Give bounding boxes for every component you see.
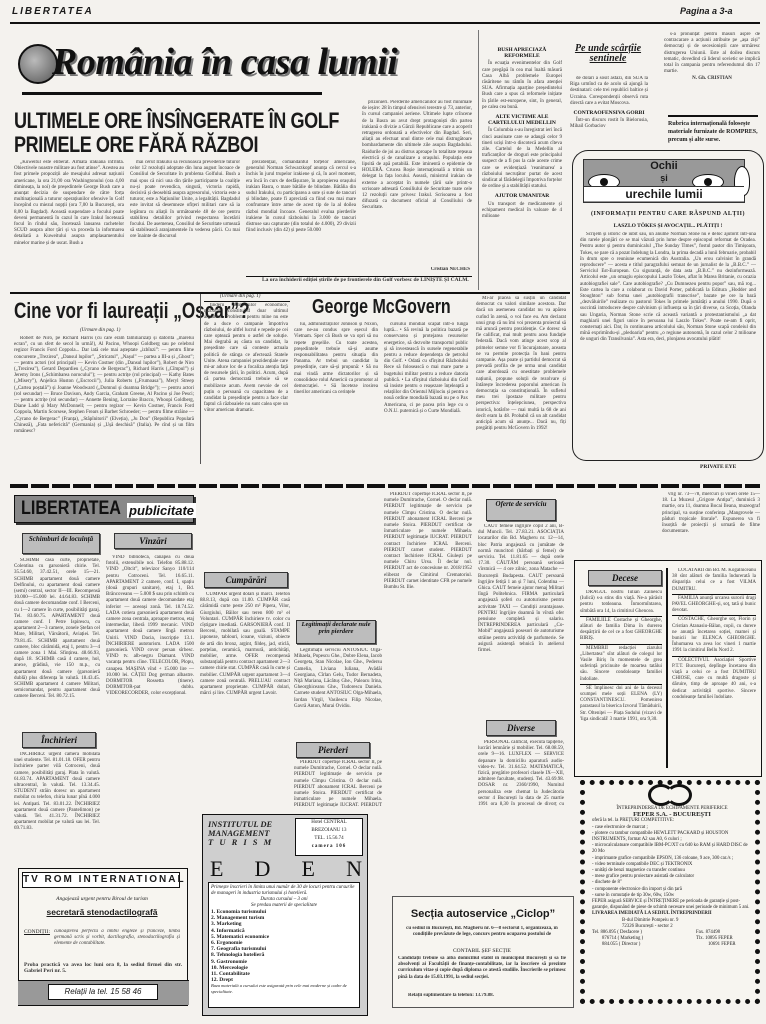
classified-schimburi: SCHIMB casă curte, proprietate, Colentin…: [14, 558, 100, 726]
gorbi-heading: CONTRAOFENSIVA GORBI: [570, 110, 648, 116]
institute-address: Hotel CENTRAL BREZOIANU 13 TEL. 15.56.74…: [295, 818, 363, 856]
eyes-title-1: Ochii: [584, 160, 744, 172]
lead-headline-2: PRIMELE ORE FĂRĂ RĂZBOI: [14, 132, 258, 158]
sentinel-logo: Pe unde scârțîie sentinele: [572, 44, 644, 64]
eyes-title-3: urechile lumii: [584, 186, 744, 201]
eyes-byline: PRIVATE EYE: [700, 464, 736, 470]
notice-text: vrig nr. 73—78, miercuri și vineri orele…: [662, 492, 760, 542]
section-banner-title: România în casa lumii: [52, 40, 397, 84]
page-label: Pagina a 3-a: [680, 6, 733, 16]
ciclop-position: CONTABIL ȘEF SECȚIE: [398, 948, 566, 954]
classified-pierderi-cont: PIERDUT copertișe ICRAL sector II, pe nu…: [384, 492, 472, 808]
rompres-rule: [668, 115, 758, 117]
right-col-b: de dolari a sosit astăzi, din SUA la Rig…: [570, 76, 648, 140]
lead-col-2: mai cerut Irakului să recunoască prevede…: [130, 160, 240, 285]
lead-headline-1: ULTIMELE ORE ÎNSÎNGERATE ÎN GOLF: [14, 108, 339, 134]
mcgovern-col-4: Mi-ar plăcea să susțin un candidat democ…: [476, 296, 566, 462]
eyes-subtitle: (INFORMAȚII PENTRU CARE RĂSPUND ALȚII): [581, 211, 755, 217]
label-oferte: Oferte de serviciu: [486, 499, 556, 521]
oscar-continuation: (Urmare din pag. 1): [80, 328, 120, 333]
publicitate-main: LIBERTATEA: [21, 498, 121, 520]
obit-right: LOCATARII din Bd. M. Kogălniceanu 38 sîn…: [672, 568, 756, 768]
label-inchirieri: Închirieri: [22, 732, 96, 748]
institute-name: INSTITUTUL DE MANAGEMENT T U R I S M: [208, 820, 288, 847]
lead-col-3: prezidențial, comandantul forțelor ameri…: [246, 160, 356, 275]
classified-diverse: PERSONAL calificat, execută tapițerie, l…: [478, 740, 564, 808]
tv-rom-position: secretară stenodactilografă: [22, 907, 182, 917]
classifieds-divider: [10, 484, 760, 488]
masthead-rule: [10, 22, 760, 24]
cont-byline: N. Gh. CRISTIAN: [664, 76, 760, 82]
banner-rule: [22, 92, 322, 95]
ciclop-title: Secția autoservice „Ciclop”: [396, 908, 570, 920]
oscar-body: Robert de Niro, pe Richard Harris (cu ca…: [14, 336, 194, 460]
eden-wordmark: EDEN: [210, 856, 362, 882]
mcgovern-col-2: lui, administrațiilor Johnson și Nixon, …: [294, 322, 378, 462]
publicitate-sub: publicitate: [127, 503, 196, 518]
label-decese: Decese: [588, 570, 662, 586]
bush-heading: BUSH APRECIAZĂ REFORMELE: [482, 47, 562, 59]
mcgovern-cont-rule: [204, 301, 290, 302]
obit-left: DRAGUL nostru Iulian Zainescu (Iulică) s…: [580, 590, 662, 770]
right-col-a: BUSH APRECIAZĂ REFORMELE În ecuația even…: [482, 44, 562, 234]
ciclop-intro: cu sediul în București, Bd. Magheru nr. …: [398, 926, 566, 946]
tv-rom-line1: Angajează urgent pentru Biroul de turism: [22, 896, 182, 902]
rompres-note: Rubrica internațională folosește materia…: [668, 120, 760, 144]
paper-name: LIBERTATEA: [12, 6, 94, 17]
eyes-body: Scrijem și istoric de iubit său, un anum…: [580, 232, 756, 447]
classified-vinzari: VIND bibliotecă, canapea cu două fotolii…: [106, 555, 194, 860]
tv-rom-title: TV ROM INTERNATIONAL: [22, 872, 180, 888]
ciclop-contact: Relații suplimentare la telefon: 13.79.8…: [408, 993, 568, 999]
mcgovern-col-1: tinderii sanițiunilor economice, războiu…: [204, 303, 288, 463]
tv-rom-probe: Proba practică va avea loc luni ora 8, l…: [24, 962, 182, 976]
label-legitimatii: Legitimații declarate nule prin pierdere: [296, 620, 376, 644]
right-col-c: s-a pronunțat pentru măsuri aspre de con…: [664, 32, 760, 100]
eyes-banner: Ochii și urechile lumii: [583, 159, 745, 203]
lead-col-1: „Kuweitul este eliberat. Armata irakiană…: [14, 160, 124, 285]
mcgovern-headline: George McGovern: [312, 296, 451, 319]
feper-content: ÎNTREPRINDEREA DE ECHIPAMENTE PERIFERICE…: [592, 806, 752, 949]
obit-vrule: [666, 568, 668, 768]
lead-col-4: prizonieri. Pierderile americanilor au f…: [362, 100, 472, 265]
label-diverse: Diverse: [486, 720, 556, 736]
classified-oferte: CAUT femeie îngrijire copil 2 ani, B-dul…: [478, 524, 564, 714]
victims-heading: ALTE VICTIME ALE CARTELULUI MEDELLIN: [482, 114, 562, 126]
subject-list: 1. Economia turismului2. Management turi…: [211, 909, 357, 983]
lead-byline: Cristian NECHES: [410, 267, 470, 273]
mcgovern-continuation: (Urmare din pag. 1): [220, 294, 260, 299]
label-pierderi: Pierderi: [296, 742, 370, 758]
stop-press: La ora închiderii ediției știrile de pe …: [262, 277, 472, 283]
classified-inchirieri: ÎNCHIRIEZ urgent cameră mobilată unei st…: [14, 752, 100, 860]
mcgovern-vrule: [200, 294, 201, 464]
label-vinzari: Vînzări: [114, 533, 192, 549]
publicitate-banner: LIBERTATEA publicitate: [14, 495, 194, 523]
classified-legitimatii: Legitimații serviciu ANTOSIUC Olga-Mihae…: [294, 648, 382, 738]
classified-cumparari: CUMPĂR urgent dolari și mărci. Telefon 8…: [200, 592, 290, 810]
ciclop-body: Candidații trebuie să aibă domiciliul st…: [398, 956, 566, 992]
tv-rom-contact: Relații la tel. 15 58 46: [48, 984, 158, 1000]
label-cumparari: Cumpărări: [204, 572, 288, 588]
tv-rom-conditions-label: CONDIȚII:: [24, 929, 50, 935]
classified-pierderi: PIERDUT copertișe ICRAL sector II, pe nu…: [294, 760, 382, 810]
eyes-title-2: și: [584, 173, 744, 183]
tv-rom-conditions: cunoașterea perfectă a limbii engleze și…: [54, 929, 180, 955]
mcgovern-col-3: cursului mondial scăpat într-o lungă lup…: [384, 322, 468, 462]
section-rule-mid: [10, 292, 570, 294]
aid-heading: AJUTOR UMANITAR: [482, 193, 562, 199]
label-schimburi: Schimburi de locuință: [22, 533, 100, 554]
eyes-heading: LASZLO TÖKES ȘI AVOCAȚII... PLĂTIȚI !: [581, 223, 755, 229]
feper-phones: Tel. 886.095 ( Desfacere ) 876714 ( Mark…: [592, 930, 752, 949]
column-divider: [478, 30, 479, 290]
institute-content: Primește înscrieri în limita unui număr …: [208, 882, 360, 1008]
ep-logo-icon: [648, 784, 692, 802]
